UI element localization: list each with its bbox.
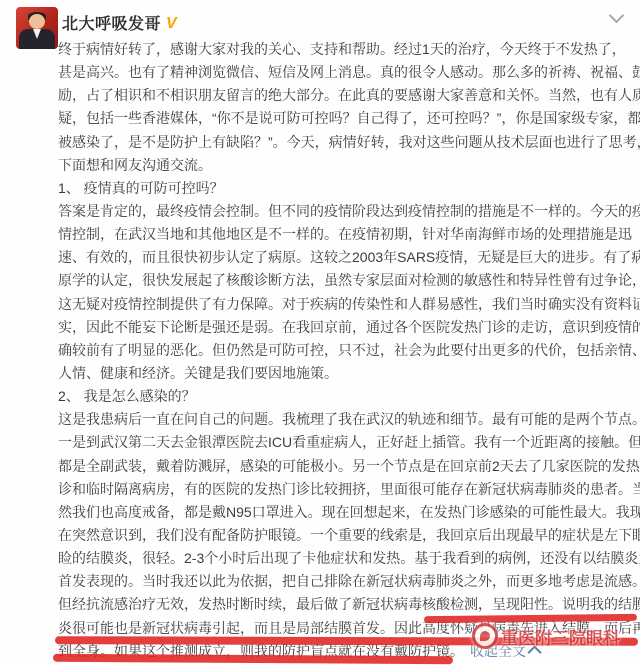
- avatar[interactable]: [16, 7, 58, 49]
- post-line: 情控制，在武汉当地和其他地区是不一样的。在疫情初期，针对华南海鲜市场的处理措施是…: [58, 223, 638, 246]
- post-body: 终于病情好转了，感谢大家对我的关心、支持和帮助。经过1天的治疗，今天终于不发热了…: [58, 38, 638, 663]
- post-line: 实，因此不能妄下论断是强还是弱。在我回京前，通过各个医院发热门诊的走访，意识到疫…: [58, 316, 638, 339]
- author-name[interactable]: 北大呼吸发哥V: [62, 11, 177, 34]
- post-line: 一是到武汉第二天去金银潭医院去ICU看重症病人，正好赶上插管。我有一个近距离的接…: [58, 431, 638, 454]
- post-line: 下面想和网友沟通交流。: [58, 154, 638, 177]
- avatar-figure: [29, 14, 45, 29]
- post-line: 原学的认定，很快发展起了核酸诊断方法，虽然专家层面对检测的敏感性和特异性曾有过争…: [58, 269, 638, 292]
- post-line: 甚是高兴。也有了精神浏览微信、短信及网上消息。真的很令人感动。那么多的祈祷、祝福…: [58, 61, 638, 84]
- post-line: 都是全副武装，戴着防溅屏，感染的可能极小。另一个节点是在回京前2天去了几家医院的…: [58, 455, 638, 478]
- watermark-text: 重医附三院眼科: [501, 624, 620, 649]
- post-line: 2、 我是怎么感染的？: [58, 385, 638, 408]
- post-line: 终于病情好转了，感谢大家对我的关心、支持和帮助。经过1天的治疗，今天终于不发热了…: [58, 38, 638, 61]
- post-lines: 终于病情好转了，感谢大家对我的关心、支持和帮助。经过1天的治疗，今天终于不发热了…: [58, 38, 638, 640]
- post-line: 然我们也高度戒备，都是戴N95口罩进入。现在回想起来，在发热门诊感染的可能性最大…: [58, 501, 638, 524]
- post-line: 被感染了，是不是防护上有缺陷？”。今天，病情好转，我对这些问题从技术层面也进行了…: [58, 131, 638, 154]
- post-line: 确较前有了明显的恶化。但仍然是可防可控，只不过，社会为此要付出更多的代价，包括亲…: [58, 339, 638, 362]
- post-line: 睑的结膜炎，很轻。2-3个小时后出现了卡他症状和发热。基于我看到的病例，还没有以…: [58, 547, 638, 570]
- post-line: 励，占了相识和不相识朋友留言的绝大部分。在此真的要感谢大家善意和关怀。当然，也有…: [58, 84, 638, 107]
- post-line: 这是我患病后一直在问自己的问题。我梳理了我在武汉的轨迹和细节。最有可能的是两个节…: [58, 408, 638, 431]
- chevron-down-icon[interactable]: [608, 9, 624, 23]
- post-line: 首发表现的。当时我还以此为依据，把自己排除在新冠状病毒肺炎之外，而更多地考虑是流…: [58, 570, 638, 593]
- post-line: 1、 疫情真的可防可控吗？: [58, 177, 638, 200]
- post-line: 答案是肯定的，最终疫情会控制。但不同的疫情阶段达到疫情控制的措施是不一样的。今天…: [58, 200, 638, 223]
- post-line: 疑，包括一些香港媒体，“你不是说可防可控吗？自己得了，还可控吗？”，你是国家级专…: [58, 107, 638, 130]
- post-line: 人情、健康和经济。关键是我们要因地施策。: [58, 362, 638, 385]
- post-line: 但经抗流感治疗无效，发热时断时续，最后做了新冠状病毒核酸检测，呈现阳性。说明我的…: [58, 593, 638, 616]
- post-line: 这无疑对疫情控制提供了有力保障。对于疾病的传染性和人群易感性，我们当时确实没有资…: [58, 293, 638, 316]
- post-line: 诊和临时隔离病房，有的医院的发热门诊比较拥挤，里面很可能存在新冠状病毒肺炎的患者…: [58, 478, 638, 501]
- watermark-logo-icon: [472, 623, 498, 649]
- verified-v-icon: V: [166, 15, 177, 33]
- weibo-post: 北大呼吸发哥V 终于病情好转了，感谢大家对我的关心、支持和帮助。经过1天的治疗，…: [0, 0, 640, 666]
- post-line: 在突然意识到，我们没有配备防护眼镜。一个重要的线索是，我回京后出现最早的症状是左…: [58, 524, 638, 547]
- author-name-text: 北大呼吸发哥: [62, 16, 161, 33]
- watermark: 重医附三院眼科: [472, 623, 620, 649]
- post-line: 速、有效的，而且很快初步认定了病原。这较之2003年SARS疫情，无疑是巨大的进…: [58, 246, 638, 269]
